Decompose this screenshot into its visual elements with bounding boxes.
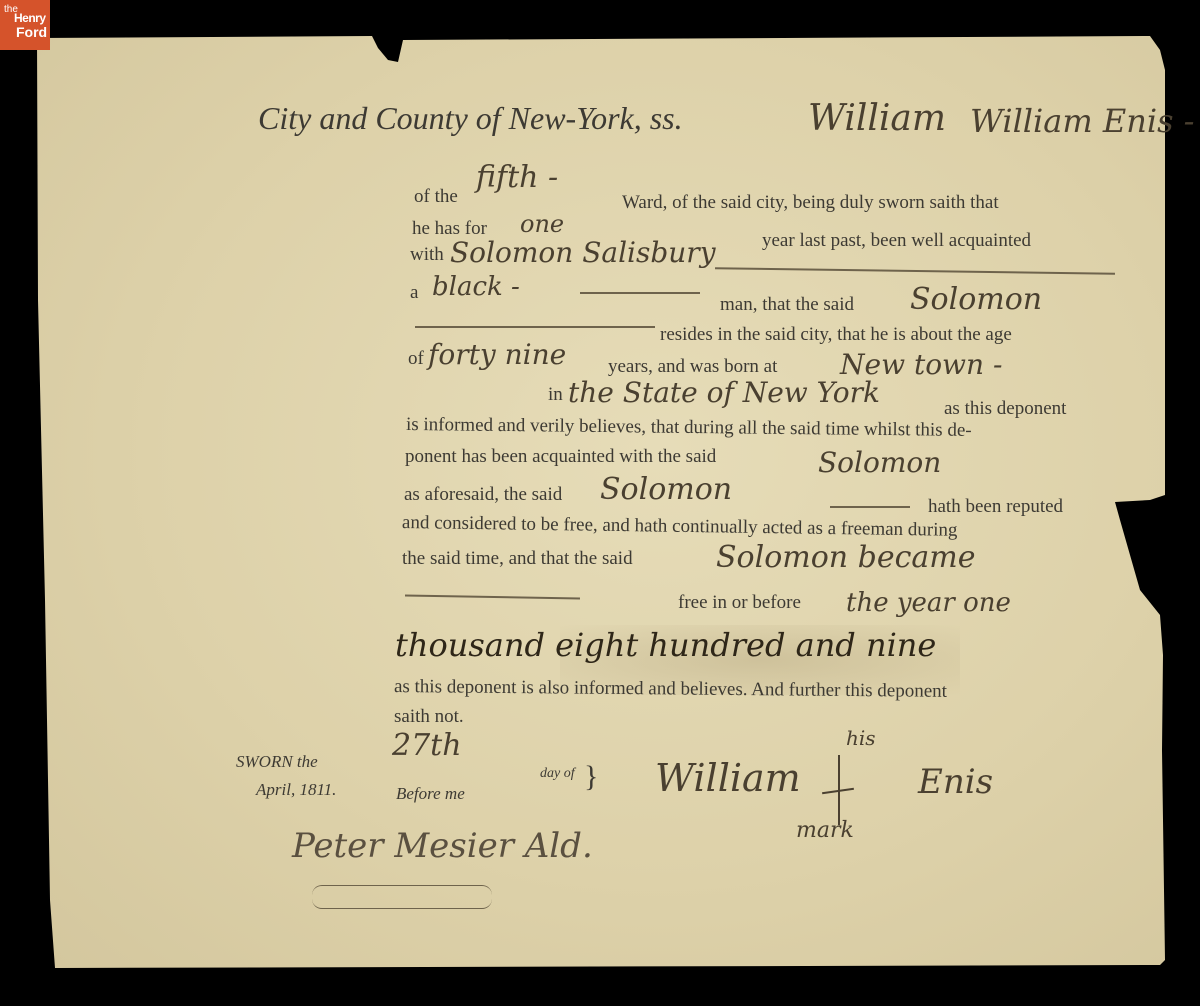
deponent-surname: William Enis - bbox=[970, 102, 1194, 140]
logo-ford: Ford bbox=[16, 24, 47, 40]
signature-flourish bbox=[312, 885, 492, 909]
deponent-name: William bbox=[808, 98, 946, 139]
fill-line bbox=[415, 326, 655, 328]
text-year-last: year last past, been well acquainted bbox=[762, 230, 1031, 252]
text-years-born: years, and was born at bbox=[608, 356, 777, 378]
fill-line bbox=[580, 292, 700, 294]
hw-years: one bbox=[520, 210, 564, 238]
text-ward: Ward, of the said city, being duly sworn… bbox=[622, 192, 999, 214]
hw-subject-3: Solomon bbox=[600, 472, 732, 507]
text-free-in: free in or before bbox=[678, 592, 801, 614]
text-man-that: man, that the said bbox=[720, 294, 854, 316]
official-signature: Peter Mesier Ald. bbox=[292, 826, 593, 866]
logo-henry: Henry bbox=[14, 11, 46, 25]
jurat-day-of: day of bbox=[540, 766, 575, 782]
hw-year-b: thousand eight hundred and nine bbox=[395, 626, 936, 664]
text-as-this-deponent: as this deponent bbox=[944, 398, 1066, 420]
hw-age: forty nine bbox=[428, 338, 566, 371]
text-of-the: of the bbox=[414, 186, 458, 208]
signature-last: Enis bbox=[918, 762, 993, 802]
hw-subject-2: Solomon bbox=[818, 446, 941, 479]
hw-state: the State of New York bbox=[568, 376, 880, 409]
fill-line bbox=[830, 506, 910, 508]
hw-ward: fifth - bbox=[476, 160, 558, 195]
hw-year-a: the year one bbox=[846, 588, 1011, 618]
jurat-sworn: SWORN the bbox=[236, 752, 318, 772]
text-of: of bbox=[408, 348, 424, 370]
text-ponent: ponent has been acquainted with the said bbox=[405, 446, 716, 468]
text-aforesaid: as aforesaid, the said bbox=[404, 484, 562, 506]
hw-subject-1: Solomon bbox=[910, 282, 1042, 317]
text-said-time: the said time, and that the said bbox=[402, 548, 633, 570]
text-reputed: hath been reputed bbox=[928, 496, 1063, 518]
jurat-before-me: Before me bbox=[396, 784, 465, 804]
text-saith-not: saith not. bbox=[394, 706, 464, 728]
signature-mark: mark bbox=[796, 818, 854, 843]
hw-complexion: black - bbox=[432, 272, 520, 302]
signature-his: his bbox=[846, 726, 876, 750]
document-heading: City and County of New-York, ss. bbox=[258, 100, 683, 137]
jurat-date: April, 1811. bbox=[256, 780, 336, 800]
text-with: with bbox=[410, 244, 444, 266]
hw-day: 27th bbox=[392, 728, 462, 763]
brace: } bbox=[584, 760, 598, 794]
hw-subject-4: Solomon became bbox=[716, 540, 975, 575]
hw-subject-name: Solomon Salisbury bbox=[450, 236, 716, 269]
signature-first: William bbox=[655, 756, 801, 800]
text-a: a bbox=[410, 282, 418, 304]
text-in: in bbox=[548, 384, 563, 406]
henry-ford-logo: the Henry Ford bbox=[0, 0, 50, 50]
text-resides: resides in the said city, that he is abo… bbox=[660, 324, 1012, 346]
